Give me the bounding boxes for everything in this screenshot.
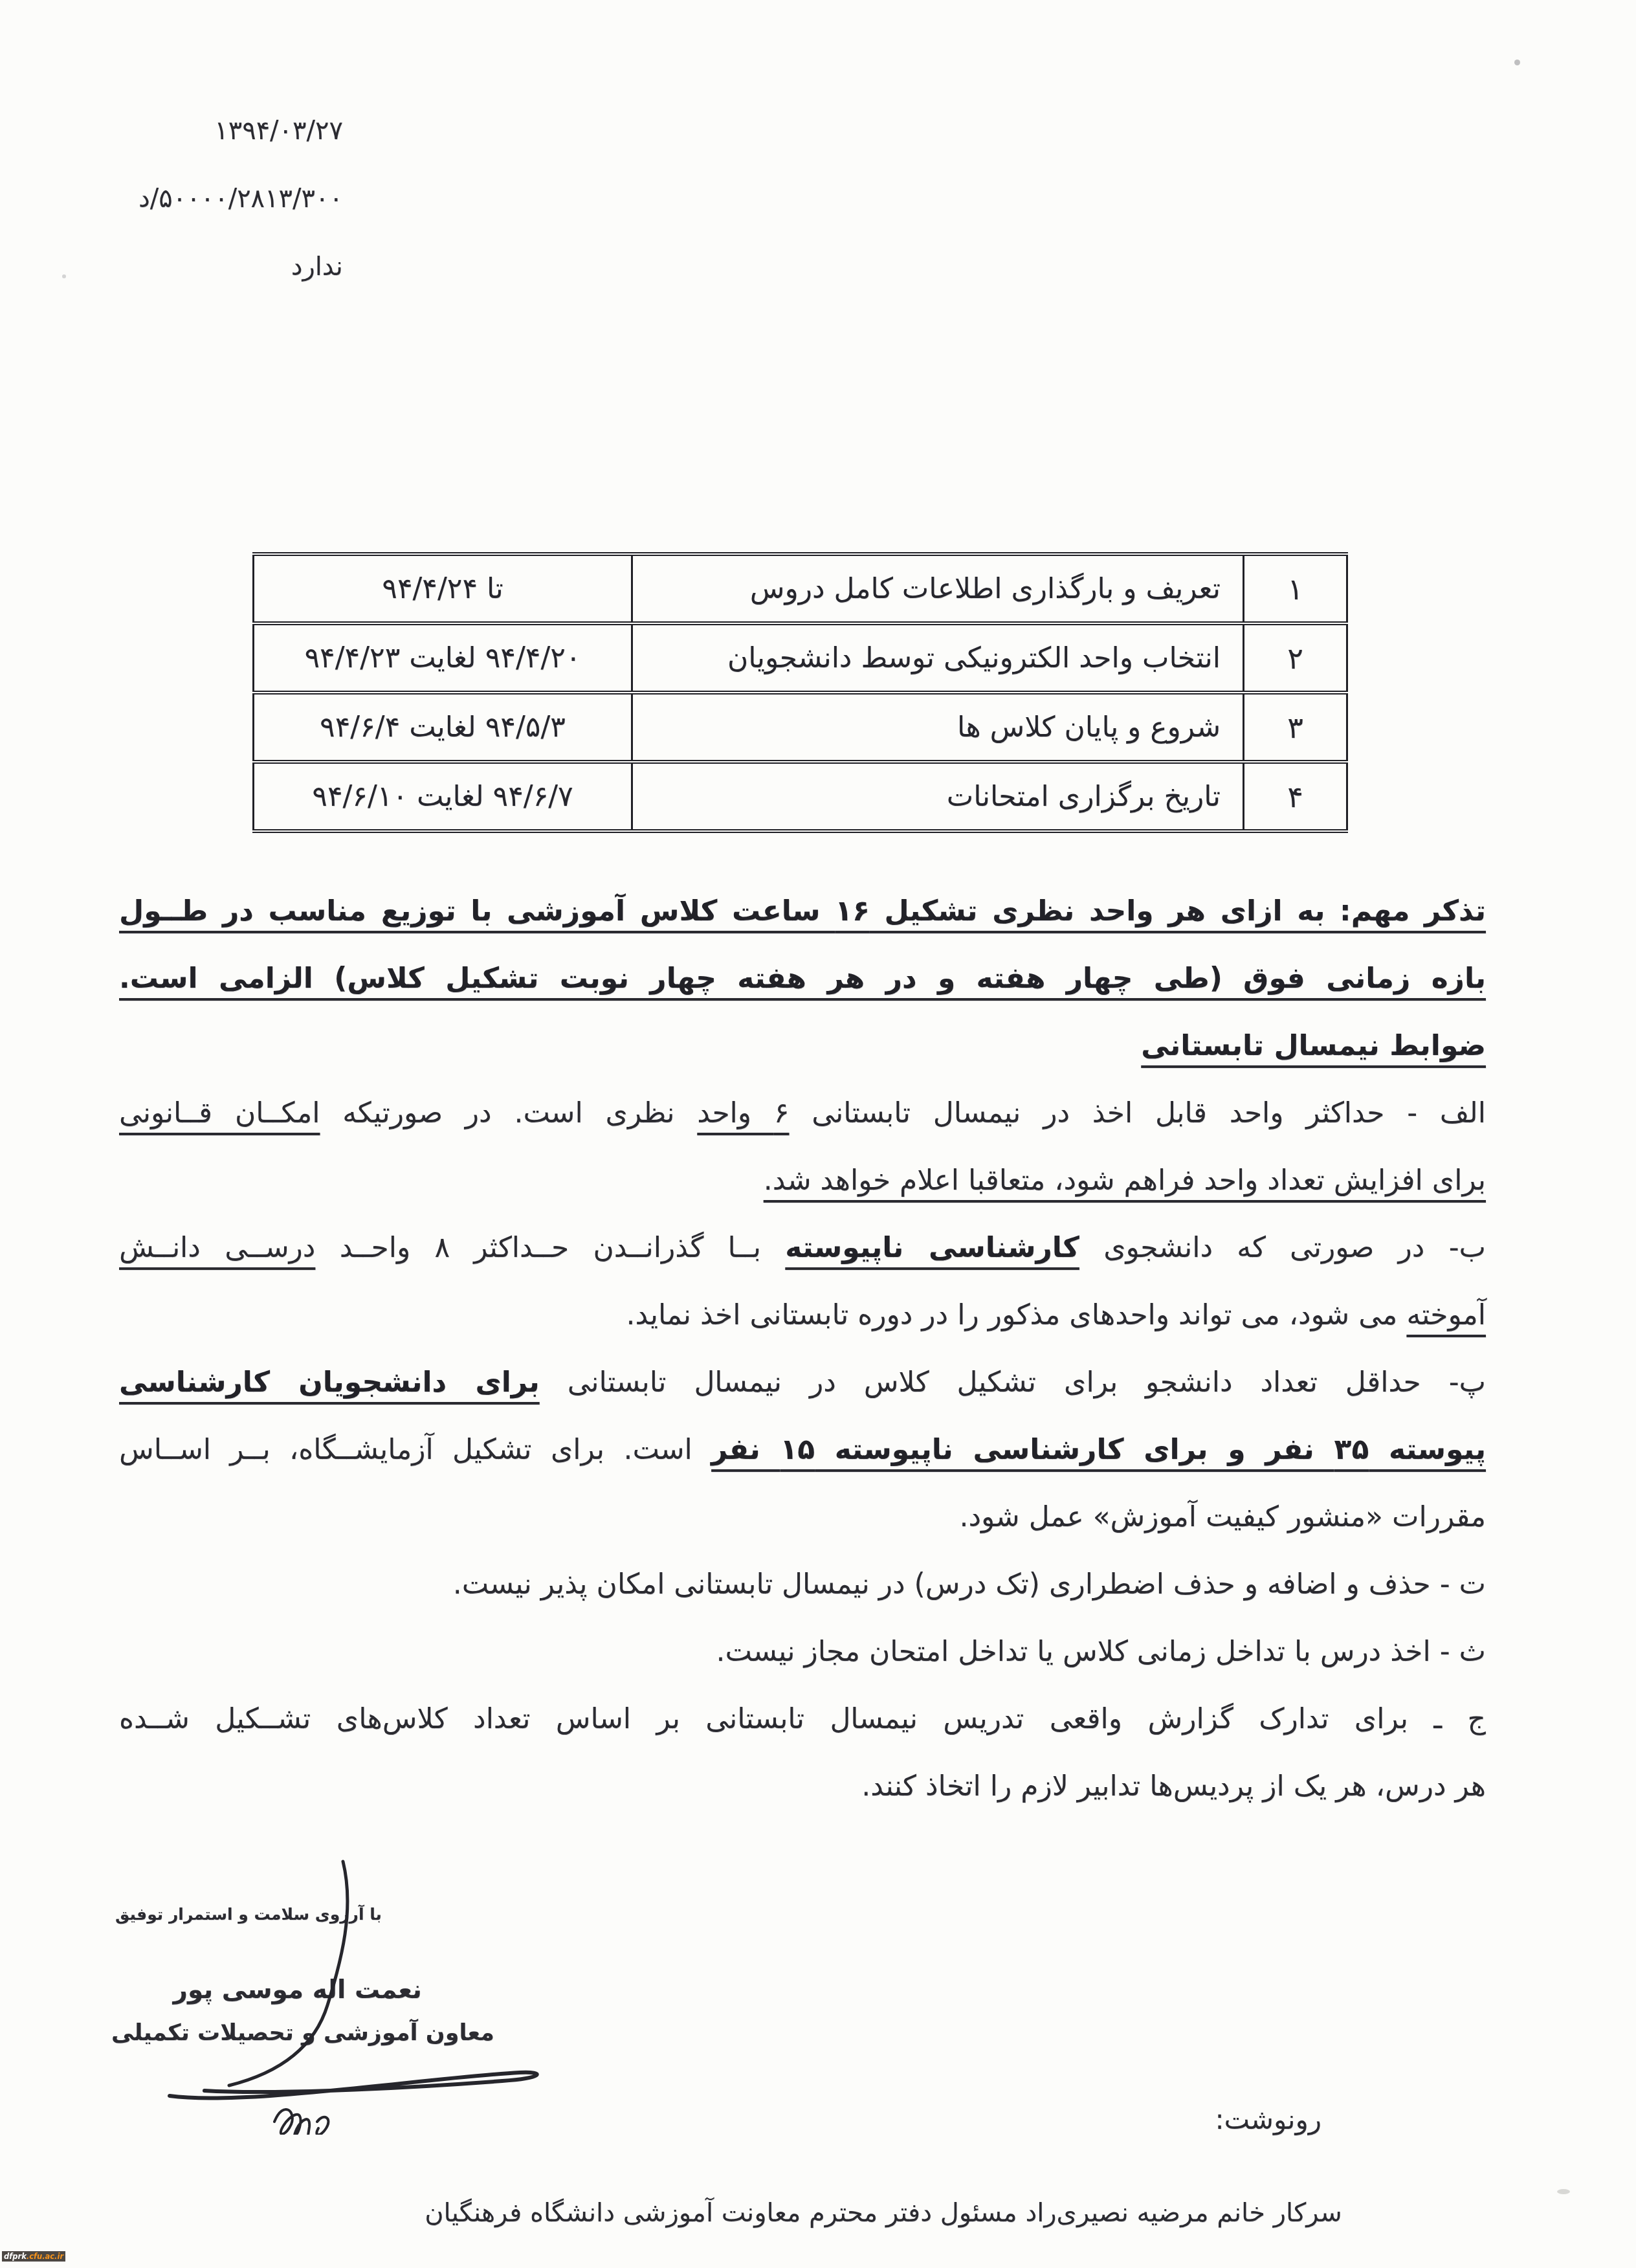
copy-recipient: سرکار خانم مرضیه نصیری‌راد مسئول دفتر مح…	[408, 2198, 1359, 2228]
body-segment: برای دانشجویان کارشناسی	[119, 1366, 540, 1399]
body-segment: نظری است. در صورتیکه	[320, 1096, 697, 1129]
table-cell-no: ۴	[1244, 762, 1347, 831]
body-line: ت - حذف و اضافه و حذف اضطراری (تک درس) د…	[119, 1551, 1486, 1618]
scan-speck	[62, 274, 66, 278]
body-segment: آموخته	[1406, 1298, 1486, 1331]
body-segment: کارشناسی ناپیوسته	[785, 1231, 1079, 1264]
signature-wish: با آرزوی سلامت و استمرار توفیق	[149, 1896, 382, 1933]
site-watermark: dfprk.cfu.ac.ir	[2, 2251, 65, 2262]
body-line: ث - اخذ درس با تداخل زمانی کلاس یا تداخل…	[119, 1618, 1486, 1685]
letter-date: ۱۳۹۴/۰۳/۲۷	[89, 97, 343, 165]
body-segment: ضوابط نیمسال تابستانی	[1141, 1029, 1486, 1062]
body-segment: تذکر مهم: به ازای هر واحد نظری تشکیل ۱۶ …	[119, 895, 1486, 928]
schedule-table-body: ۱تعریف و بارگذاری اطلاعات کامل دروستا ۹۴…	[254, 554, 1347, 831]
signature-name: نعمت اله موسی پور	[149, 1970, 422, 2010]
body-line: ج ـ برای تدارک گزارش واقعی تدریس نیمسال …	[119, 1685, 1486, 1753]
body-segment: بازه زمانی فوق (طی چهار هفته و در هر هفت…	[119, 962, 1486, 995]
body-segment: پ- حداقل تعداد دانشجو برای تشکیل کلاس در…	[540, 1366, 1486, 1399]
table-cell-item: تاریخ برگزاری امتحانات	[632, 762, 1244, 831]
body-line: ضوابط نیمسال تابستانی	[119, 1012, 1486, 1080]
table-cell-no: ۳	[1244, 693, 1347, 762]
body-segment: مقررات «منشور کیفیت آموزش» عمل شود.	[960, 1500, 1486, 1533]
body-line: هر درس، هر یک از پردیس‌ها تدابیر لازم را…	[119, 1753, 1486, 1820]
signature-block: با آرزوی سلامت و استمرار توفیق نعمت اله …	[149, 1896, 511, 2052]
body-segment: امکــان قــانونی	[119, 1096, 320, 1129]
table-cell-period: ۹۴/۵/۳ لغایت ۹۴/۶/۴	[254, 693, 632, 762]
table-cell-item: تعریف و بارگذاری اطلاعات کامل دروس	[632, 554, 1244, 623]
body-line: الف - حداکثر واحد قابل اخذ در نیمسال تاب…	[119, 1080, 1486, 1147]
schedule-table: ۱تعریف و بارگذاری اطلاعات کامل دروستا ۹۴…	[252, 552, 1348, 833]
scan-speck	[1514, 60, 1520, 65]
table-cell-period: ۹۴/۶/۷ لغایت ۹۴/۶/۱۰	[254, 762, 632, 831]
body-segment: ب- در صورتی که دانشجوی	[1079, 1231, 1486, 1264]
body-segment: می شود، می تواند واحدهای مذکور را در دور…	[626, 1298, 1407, 1331]
watermark-domain: .cfu.ac.ir	[27, 2252, 63, 2261]
table-row: ۲انتخاب واحد الکترونیکی توسط دانشجویان۹۴…	[254, 623, 1347, 693]
watermark-site: dfprk	[4, 2252, 27, 2261]
body-line: آموخته می شود، می تواند واحدهای مذکور را…	[119, 1282, 1486, 1349]
body-line: پ- حداقل تعداد دانشجو برای تشکیل کلاس در…	[119, 1349, 1486, 1416]
body-segment: ت - حذف و اضافه و حذف اضطراری (تک درس) د…	[453, 1568, 1486, 1601]
body-segment: است. برای تشکیل آزمایشــگاه، بــر اســاس	[119, 1433, 711, 1466]
scanned-letter-page: ۱۳۹۴/۰۳/۲۷ ۵۰۰۰۰/۲۸۱۳/۳۰۰/د ندارد ۱تعریف…	[0, 0, 1636, 2268]
letter-meta: ۱۳۹۴/۰۳/۲۷ ۵۰۰۰۰/۲۸۱۳/۳۰۰/د ندارد	[89, 97, 343, 301]
body-line: بازه زمانی فوق (طی چهار هفته و در هر هفت…	[119, 945, 1486, 1012]
body-segment: پیوسته ۳۵ نفر و برای کارشناسی ناپیوسته ۱…	[711, 1433, 1486, 1466]
table-row: ۴تاریخ برگزاری امتحانات۹۴/۶/۷ لغایت ۹۴/۶…	[254, 762, 1347, 831]
body-line: مقررات «منشور کیفیت آموزش» عمل شود.	[119, 1484, 1486, 1551]
signature-title: معاون آموزشی و تحصیلات تکمیلی	[149, 2014, 494, 2052]
body-line: برای افزایش تعداد واحد فراهم شود، متعاقب…	[119, 1147, 1486, 1214]
body-segment: الف - حداکثر واحد قابل اخذ در نیمسال تاب…	[789, 1096, 1486, 1129]
table-cell-period: تا ۹۴/۴/۲۴	[254, 554, 632, 623]
body-segment: بــا گذرانــدن حــداکثر ۸ واحــد	[315, 1231, 785, 1264]
copy-label: رونوشت:	[1215, 2104, 1321, 2135]
body-segment: درســی دانــش	[119, 1231, 315, 1264]
body-segment: برای افزایش تعداد واحد فراهم شود، متعاقب…	[764, 1164, 1486, 1197]
table-cell-item: شروع و پایان کلاس ها	[632, 693, 1244, 762]
body-line: ب- در صورتی که دانشجوی کارشناسی ناپیوسته…	[119, 1214, 1486, 1282]
table-cell-no: ۲	[1244, 623, 1347, 693]
table-cell-period: ۹۴/۴/۲۰ لغایت ۹۴/۴/۲۳	[254, 623, 632, 693]
body-segment: ج ـ برای تدارک گزارش واقعی تدریس نیمسال …	[119, 1702, 1486, 1735]
table-row: ۳شروع و پایان کلاس ها۹۴/۵/۳ لغایت ۹۴/۶/۴	[254, 693, 1347, 762]
table-row: ۱تعریف و بارگذاری اطلاعات کامل دروستا ۹۴…	[254, 554, 1347, 623]
body-segment: هر درس، هر یک از پردیس‌ها تدابیر لازم را…	[861, 1770, 1486, 1803]
table-cell-no: ۱	[1244, 554, 1347, 623]
table-cell-item: انتخاب واحد الکترونیکی توسط دانشجویان	[632, 623, 1244, 693]
body-text: تذکر مهم: به ازای هر واحد نظری تشکیل ۱۶ …	[119, 878, 1486, 1820]
letter-attachment: ندارد	[89, 233, 343, 301]
scan-speck	[1557, 2189, 1570, 2194]
body-segment: ۶ واحد	[697, 1096, 789, 1129]
body-line: تذکر مهم: به ازای هر واحد نظری تشکیل ۱۶ …	[119, 878, 1486, 945]
body-segment: ث - اخذ درس با تداخل زمانی کلاس یا تداخل…	[716, 1635, 1486, 1668]
letter-number: ۵۰۰۰۰/۲۸۱۳/۳۰۰/د	[89, 165, 343, 233]
body-line: پیوسته ۳۵ نفر و برای کارشناسی ناپیوسته ۱…	[119, 1416, 1486, 1484]
